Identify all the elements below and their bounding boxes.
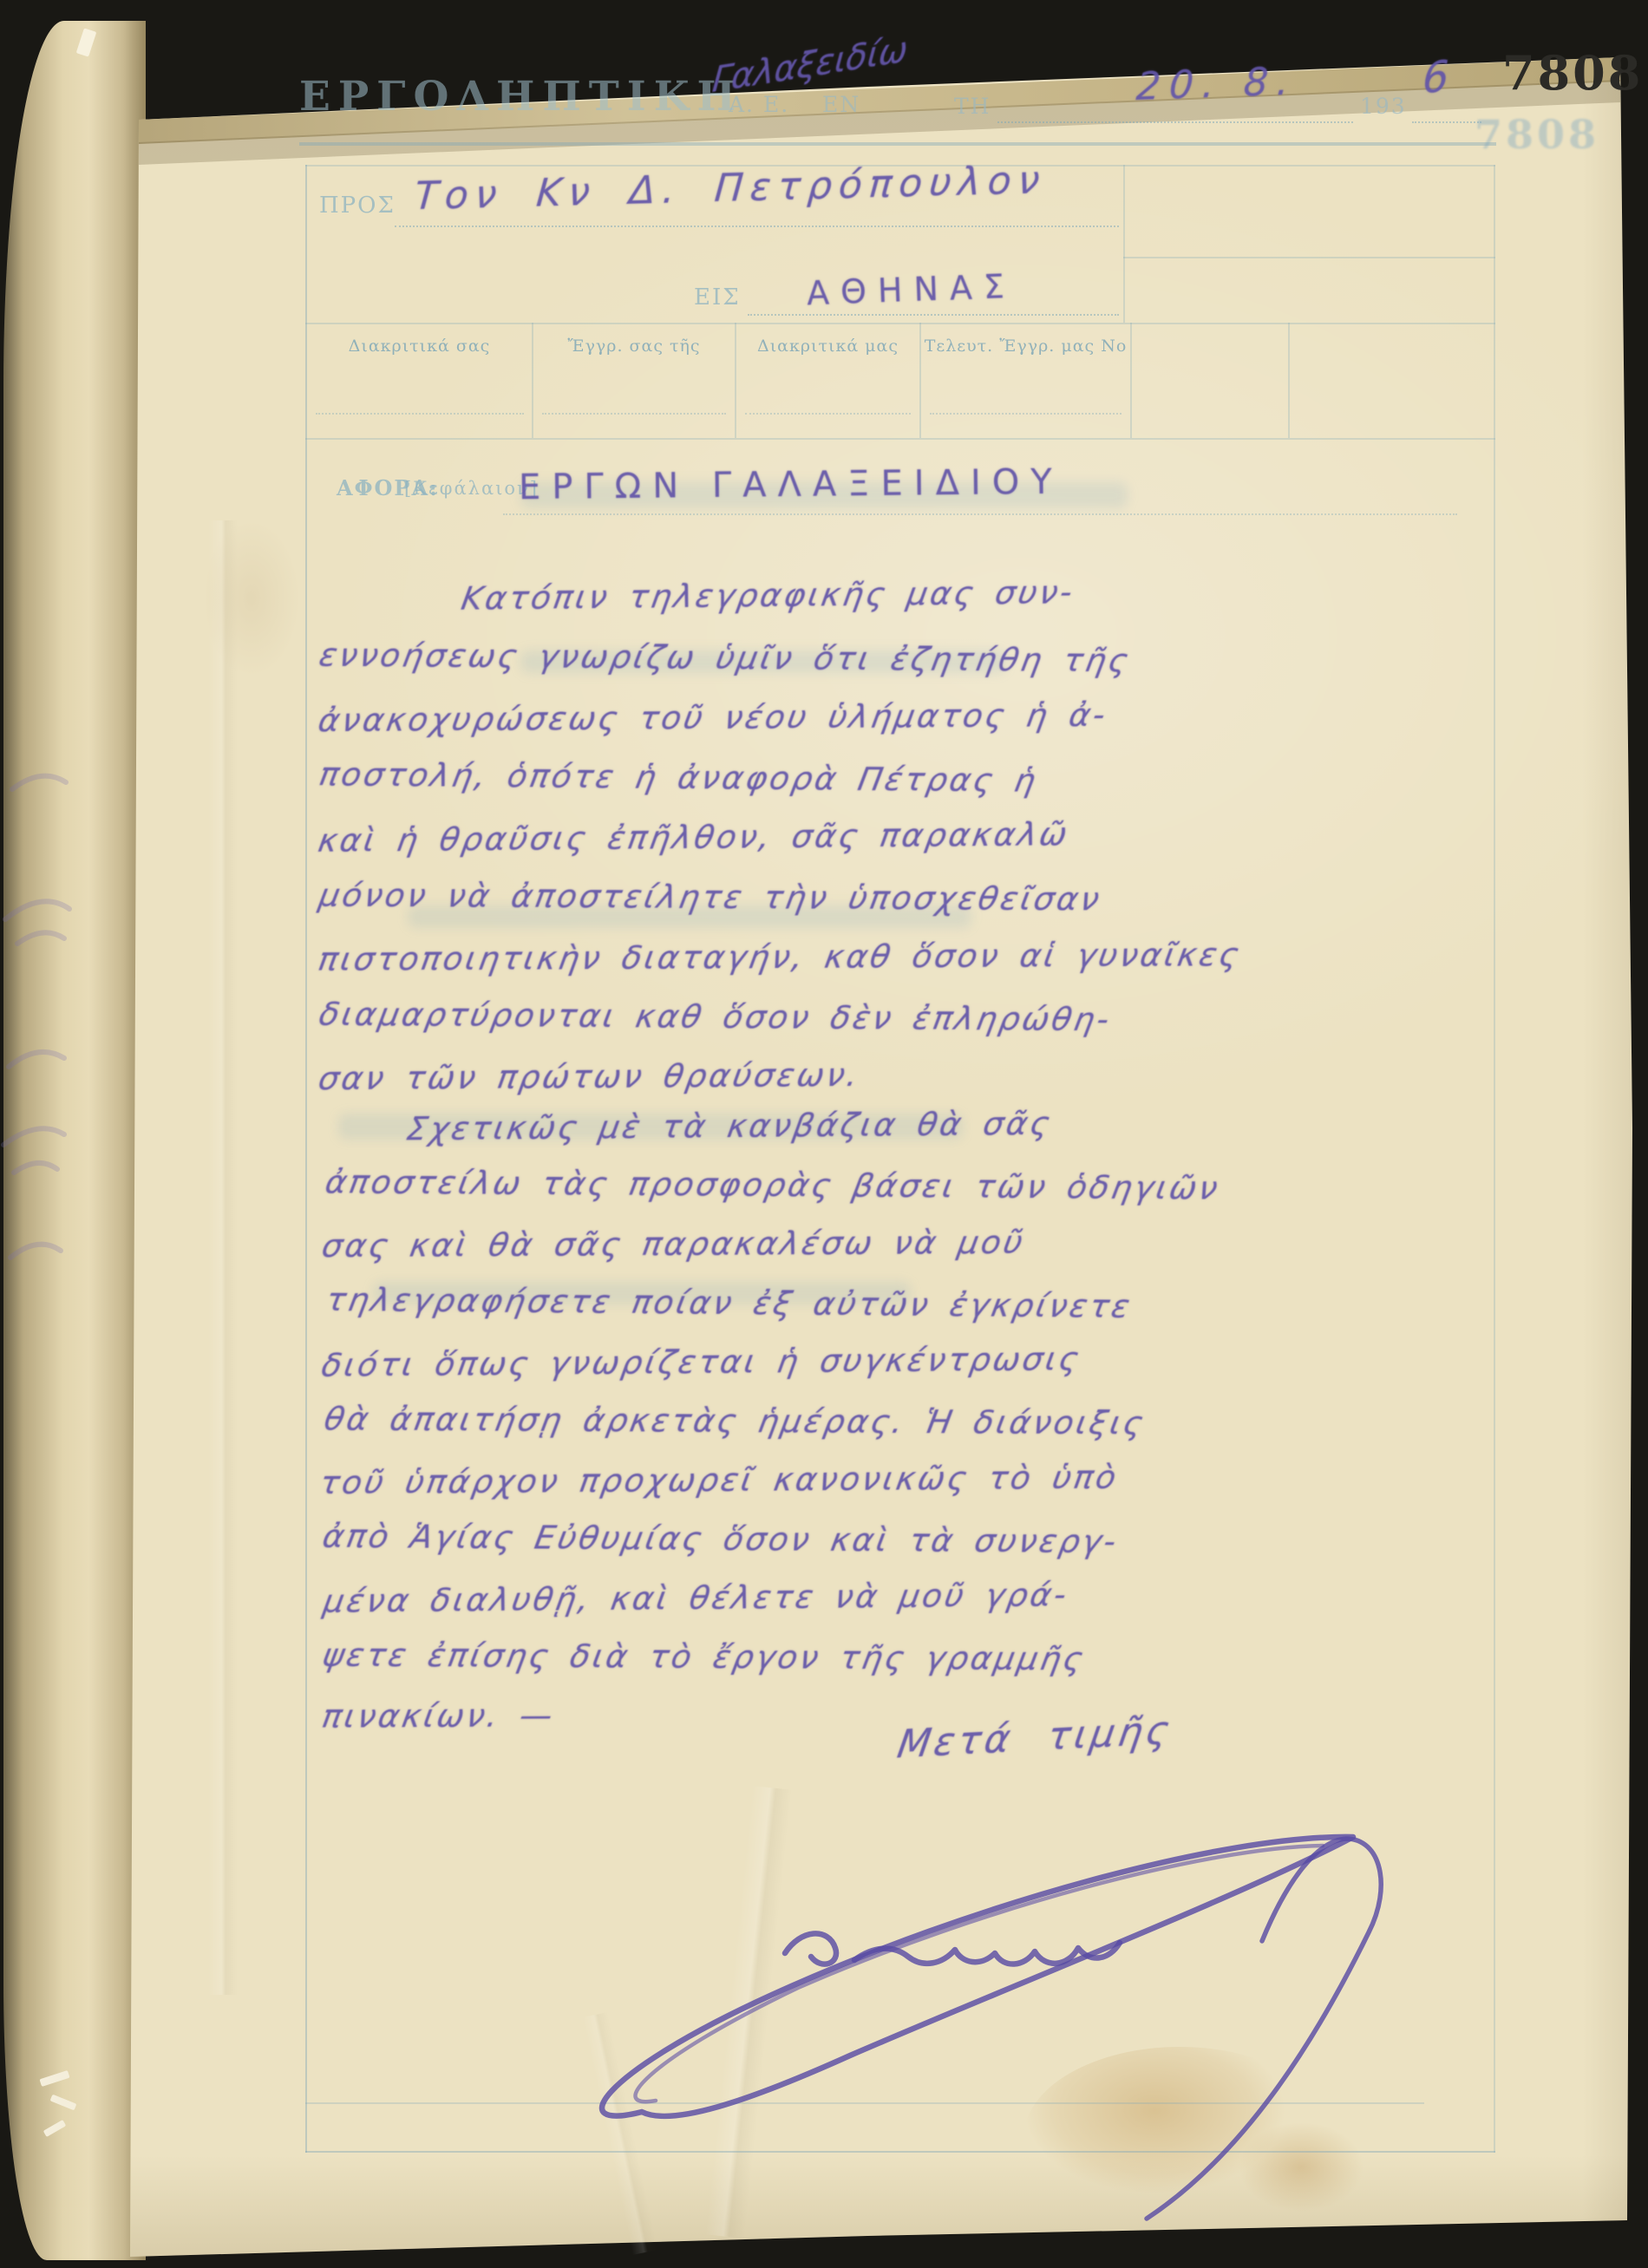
body-p2-line4: τηλεγραφήσετε ποίαν ἐξ αὐτῶν ἐγκρίνετε (324, 1281, 1135, 1325)
ref-header-0: Διακριτικά σας (309, 337, 530, 356)
margin-ink-marks (0, 737, 121, 1414)
date-dotline (997, 121, 1353, 123)
body-p2-line11: πινακίων. — (319, 1696, 558, 1735)
letterhead-company: ΕΡΓΟΛΗΠΤΙΚΗ (299, 73, 743, 121)
letterhead-date-label: ΤΗ (954, 94, 991, 119)
subject-value: ΕΡΓΩΝ ΓΑΛΑΞΕΙΔΙΟΥ (519, 462, 1063, 508)
signature-loop-inner (635, 1846, 1323, 2101)
signature-name (785, 1933, 1120, 1964)
letterhead-rule (299, 142, 1496, 146)
subject-dotline (503, 513, 1457, 515)
body-p2-line8: ἀπὸ Ἁγίας Εὐθυμίας ὅσον καὶ τὰ συνεργ- (320, 1518, 1122, 1560)
table-v3 (919, 323, 921, 438)
table-cell-dotline (930, 413, 1122, 415)
frame-left (305, 165, 307, 2153)
crease (208, 520, 238, 1995)
body-p1-line4: ποστολή, ὁπότε ἡ ἀναφορὰ Πέτρας ἡ (317, 755, 1042, 799)
body-p1-line9: σαν τῶν πρώτων θραύσεων. (316, 1056, 863, 1097)
letterhead-place-label: ΕΝ (822, 92, 860, 117)
body-p2-line5: διότι ὅπως γνωρίζεται ἡ συγκέντρωσις (319, 1340, 1084, 1384)
ref-header-2: Διακριτικά μας (738, 337, 918, 356)
body-p2-line6: θὰ ἀπαιτήσῃ ἀρκετὰς ἡμέρας. Ἡ διάνοιξις (322, 1401, 1149, 1442)
year-dotline (1412, 121, 1481, 123)
table-cell-dotline (542, 413, 726, 415)
body-p1-line3: ἀνακοχυρώσεως τοῦ νέου ὑλήματος ἡ ἀ- (316, 696, 1111, 739)
frame-right (1494, 165, 1495, 2153)
letterhead-date-value: 20. 8. (1135, 60, 1298, 110)
body-p1-line1: Κατόπιν τηλεγραφικῆς μας συν- (459, 573, 1078, 617)
stamp-number: 7808 (1502, 45, 1643, 101)
ref-header-3: Τελευτ. Ἔγγρ. μας Νο (923, 337, 1128, 356)
ghost-stamp-number: 7808 (1475, 111, 1599, 158)
to-dotline (395, 225, 1119, 227)
body-p2-line10: ψετε ἐπίσης διὰ τὸ ἔργον τῆς γραμμῆς (320, 1637, 1089, 1678)
table-bottom (305, 438, 1495, 440)
at-dotline (748, 314, 1119, 316)
refbox-divider (1123, 257, 1495, 258)
body-p2-line7: τοῦ ὑπάρχον προχωρεῖ κανονικῶς τὸ ὑπὸ (317, 1459, 1122, 1501)
body-p2-line9: μένα διαλυθῇ, καὶ θέλετε νὰ μοῦ γρά- (321, 1576, 1072, 1619)
stain (182, 486, 321, 711)
body-p1-line7: πιστοποιητικὴν διαταγήν, καθ ὅσον αἱ γυν… (316, 936, 1244, 978)
body-p2-line1: Σχετικῶς μὲ τὰ κανβάζια θὰ σᾶς (404, 1105, 1055, 1147)
signature-tail (1147, 1839, 1381, 2219)
letterhead-year-value: 6 (1422, 51, 1449, 104)
to-label: ΠΡΟΣ (319, 193, 396, 219)
body-p1-line6: μόνον νὰ ἀποστείλητε τὴν ὑποσχεθεῖσαν (317, 877, 1105, 918)
table-cell-dotline (316, 413, 524, 415)
letterhead-year-printed: 193 (1360, 94, 1407, 119)
at-value: ΑΘΗΝΑΣ (806, 267, 1016, 312)
table-top (305, 323, 1495, 324)
table-v2 (735, 323, 736, 438)
signature (486, 1787, 1483, 2238)
body-p1-line8: διαμαρτύρονται καθ ὅσον δὲν ἐπληρώθη- (317, 996, 1115, 1038)
body-p2-line2: ἀποστείλω τὰς προσφορὰς βάσει τῶν ὁδηγιῶ… (323, 1163, 1223, 1206)
ref-header-1: Ἔγγρ. σας τῆς (535, 337, 733, 356)
scan-backdrop: ΕΡΓΟΛΗΠΤΙΚΗ Α. Ε. ΕΝ ΤΗ 193 7808 7808 ΠΡ… (0, 0, 1648, 2268)
table-v4 (1130, 323, 1132, 438)
table-v1 (532, 323, 533, 438)
table-cell-dotline (745, 413, 911, 415)
signature-loop (602, 1837, 1353, 2116)
body-p2-line3: σας καὶ θὰ σᾶς παρακαλέσω νὰ μοῦ (319, 1224, 1028, 1265)
body-p1-line5: καὶ ἡ θραῦσις ἐπῆλθον, σᾶς παρακαλῶ (316, 815, 1073, 859)
table-v5 (1288, 323, 1290, 438)
at-label: ΕΙΣ (694, 284, 741, 310)
refbox-left (1123, 165, 1125, 323)
body-p1-line2: εννοήσεως γνωρίζω ὑμῖν ὅτι ἐζητήθη τῆς (317, 637, 1134, 680)
